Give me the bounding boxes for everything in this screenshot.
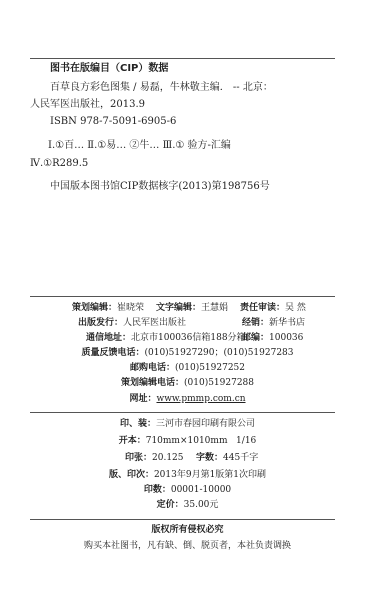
mail-order-phone: (010)51927252 bbox=[175, 363, 245, 373]
price: 35.00元 bbox=[184, 500, 219, 510]
feedback-label: 质量反馈电话： bbox=[81, 348, 144, 358]
words-label: 字数： bbox=[196, 453, 223, 463]
sheets: 20.125 bbox=[152, 453, 184, 463]
edition: 2013年9月第1版第1次印刷 bbox=[154, 470, 266, 480]
printing-rule bbox=[30, 412, 335, 413]
cip-heading: 图书在版编目（CIP）数据 bbox=[50, 63, 168, 75]
address-row: 通信地址：北京市100036信箱188分箱 bbox=[86, 332, 246, 344]
planning-editor-label: 策划编辑： bbox=[72, 303, 117, 313]
planning-phone: (010)51927288 bbox=[184, 378, 254, 388]
print-run-row: 印数：00001-10000 bbox=[0, 484, 375, 496]
copyright-notice: 版权所有侵权必究 bbox=[0, 524, 375, 536]
postcode: 100036 bbox=[269, 333, 303, 343]
credits-rule bbox=[30, 296, 335, 297]
printer-label: 印、装： bbox=[120, 419, 156, 429]
print-run: 00001-10000 bbox=[171, 485, 231, 495]
text-editor: 王慧娟 bbox=[201, 303, 228, 313]
top-rule bbox=[30, 58, 335, 59]
print-run-label: 印数： bbox=[144, 485, 171, 495]
edition-row: 版、印次：2013年9月第1版第1次印刷 bbox=[0, 469, 375, 481]
publisher-label: 出版发行： bbox=[78, 318, 123, 328]
distributor-row: 经销：新华书店 bbox=[242, 317, 305, 329]
copyright-rule bbox=[30, 519, 335, 520]
postcode-row: 邮编：100036 bbox=[242, 332, 303, 344]
sheets-row: 印张：20.125 bbox=[125, 452, 184, 464]
feedback-phone: (010)51927290；(010)51927283 bbox=[144, 348, 293, 358]
cip-isbn: ISBN 978-7-5091-6905-6 bbox=[50, 116, 176, 128]
edition-label: 版、印次： bbox=[109, 470, 154, 480]
publisher: 人民军医出版社 bbox=[123, 318, 186, 328]
format-row: 开本：710mm×1010mm 1/16 bbox=[0, 435, 375, 447]
mail-order-label: 邮购电话： bbox=[130, 363, 175, 373]
distributor: 新华书店 bbox=[269, 318, 305, 328]
editors-row: 策划编辑：崔晓荣 bbox=[72, 302, 144, 314]
address-label: 通信地址： bbox=[86, 333, 131, 343]
price-row: 定价：35.00元 bbox=[0, 499, 375, 511]
publisher-row: 出版发行：人民军医出版社 bbox=[78, 317, 186, 329]
words-row: 字数：445千字 bbox=[196, 452, 258, 464]
address: 北京市100036信箱188分箱 bbox=[131, 333, 246, 343]
text-editor-label: 文字编辑： bbox=[156, 303, 201, 313]
printer-row: 印、装：三河市春园印刷有限公司 bbox=[0, 418, 375, 430]
cip-classification-2: Ⅳ.①R289.5 bbox=[30, 158, 88, 170]
distributor-label: 经销： bbox=[242, 318, 269, 328]
mail-order-row: 邮购电话：(010)51927252 bbox=[0, 362, 375, 374]
cip-number: 中国版本图书馆CIP数据核字(2013)第198756号 bbox=[50, 181, 270, 193]
website-link[interactable]: www.pmmp.com.cn bbox=[156, 394, 245, 404]
cip-title-line: 百草良方彩色图集 / 易磊，牛林敬主编． -- 北京： bbox=[50, 82, 273, 94]
cip-classification-1: Ⅰ.①百… Ⅱ.①易… ②牛… Ⅲ.① 验方-汇编 bbox=[48, 140, 231, 152]
reviewer: 吴 然 bbox=[285, 303, 306, 313]
planning-editor: 崔晓荣 bbox=[117, 303, 144, 313]
exchange-policy: 购买本社图书，凡有缺、倒、脱页者，本社负责调换 bbox=[0, 540, 375, 552]
reviewer-row: 责任审读：吴 然 bbox=[240, 302, 306, 314]
format-label: 开本： bbox=[119, 436, 146, 446]
cip-publisher-line: 人民军医出版社，2013.9 bbox=[30, 99, 145, 111]
feedback-phone-row: 质量反馈电话：(010)51927290；(010)51927283 bbox=[0, 347, 375, 359]
format: 710mm×1010mm 1/16 bbox=[146, 436, 257, 446]
postcode-label: 邮编： bbox=[242, 333, 269, 343]
text-editor-row: 文字编辑：王慧娟 bbox=[156, 302, 228, 314]
price-label: 定价： bbox=[157, 500, 184, 510]
planning-phone-label: 策划编辑电话： bbox=[121, 378, 184, 388]
reviewer-label: 责任审读： bbox=[240, 303, 285, 313]
sheets-label: 印张： bbox=[125, 453, 152, 463]
planning-phone-row: 策划编辑电话：(010)51927288 bbox=[0, 377, 375, 389]
words: 445千字 bbox=[223, 453, 258, 463]
website-label: 网址： bbox=[129, 394, 156, 404]
website-row: 网址：www.pmmp.com.cn bbox=[0, 393, 375, 405]
printer: 三河市春园印刷有限公司 bbox=[156, 419, 255, 429]
